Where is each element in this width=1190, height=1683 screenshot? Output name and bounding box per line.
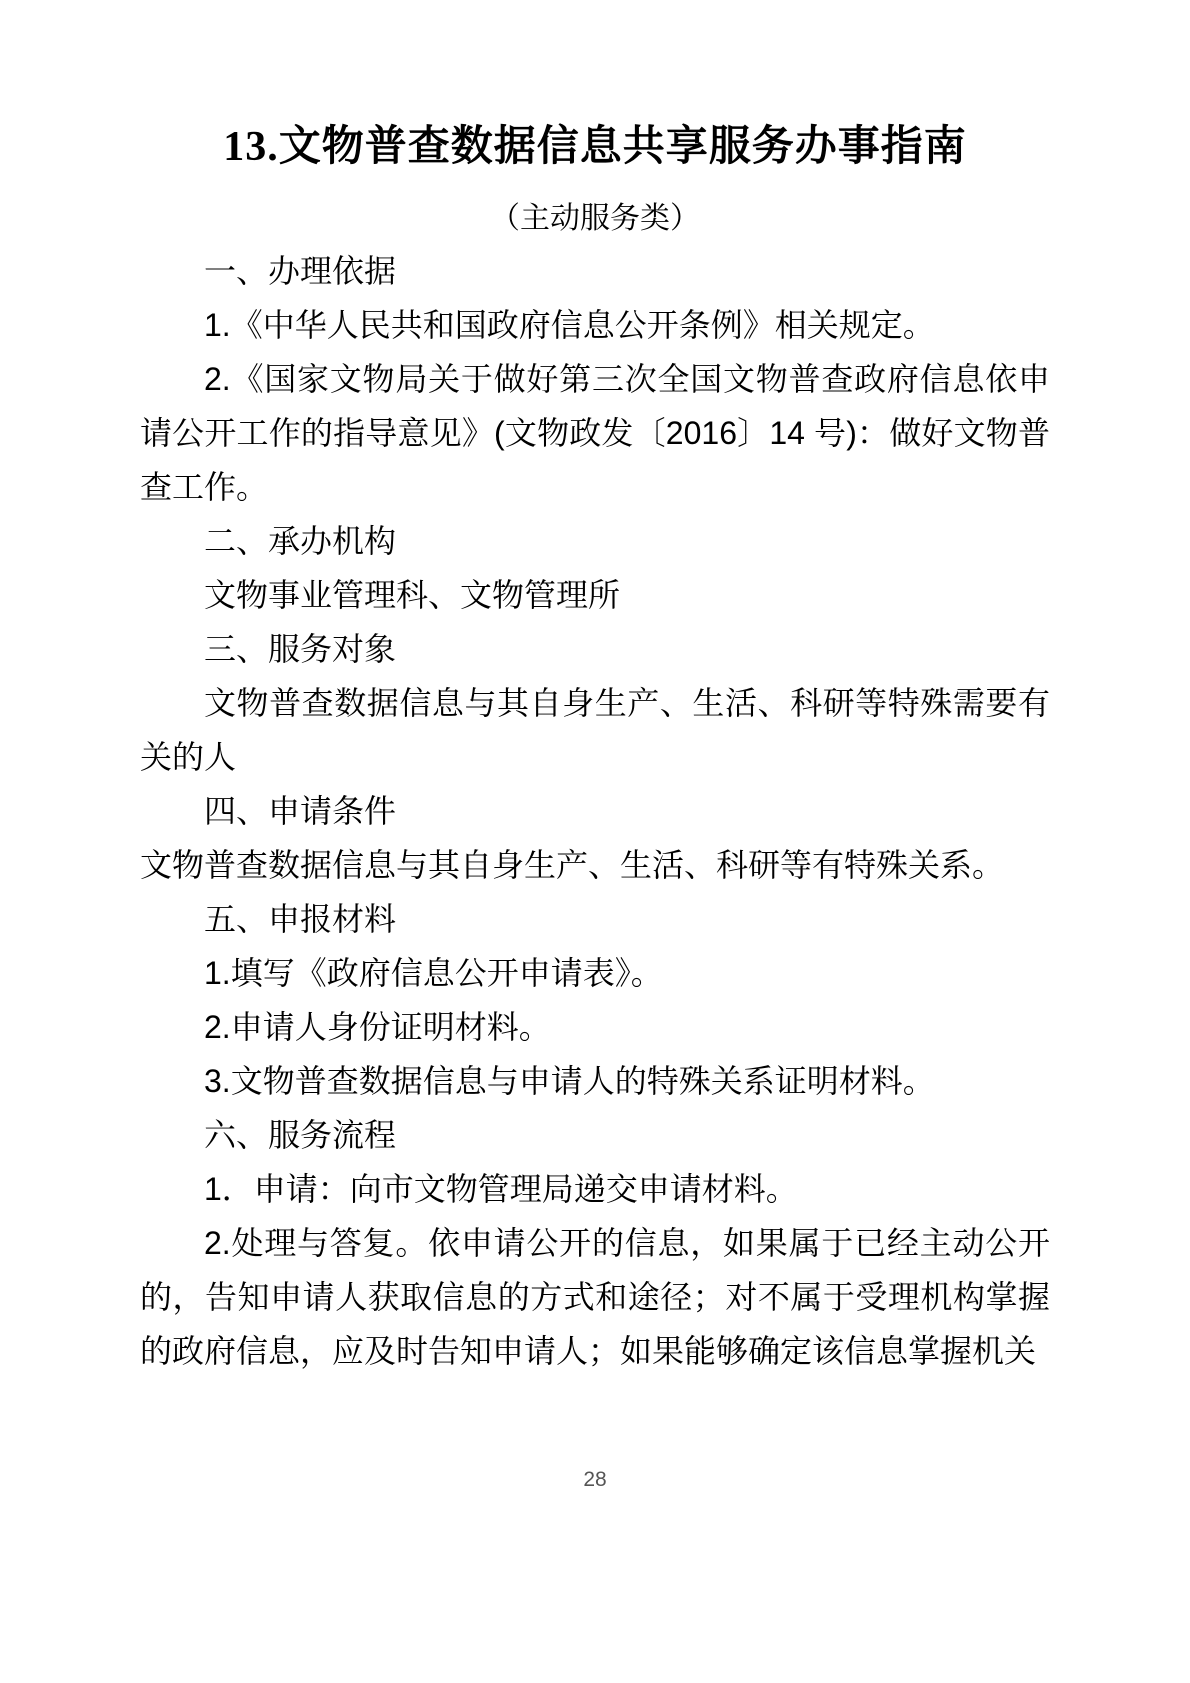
paragraph: 二、承办机构 [140, 514, 1050, 568]
page-title: 13.文物普查数据信息共享服务办事指南 [0, 0, 1190, 178]
paragraph: 六、服务流程 [140, 1108, 1050, 1162]
paragraph: 文物普查数据信息与其自身生产、生活、科研等有特殊关系。 [140, 838, 1050, 892]
paragraph: 五、申报材料 [140, 892, 1050, 946]
paragraph: 一、办理依据 [140, 244, 1050, 298]
paragraph: 1.《中华人民共和国政府信息公开条例》相关规定。 [140, 298, 1050, 352]
paragraph: 2.处理与答复。依申请公开的信息，如果属于已经主动公开的，告知申请人获取信息的方… [140, 1216, 1050, 1378]
paragraph: 1．申请：向市文物管理局递交申请材料。 [140, 1162, 1050, 1216]
paragraph: 3.文物普查数据信息与申请人的特殊关系证明材料。 [140, 1054, 1050, 1108]
paragraph: 三、服务对象 [140, 622, 1050, 676]
paragraph: 2.《国家文物局关于做好第三次全国文物普查政府信息依申请公开工作的指导意见》(文… [140, 352, 1050, 514]
paragraph: 2.申请人身份证明材料。 [140, 1000, 1050, 1054]
paragraph: 文物事业管理科、文物管理所 [140, 568, 1050, 622]
document-body: 一、办理依据1.《中华人民共和国政府信息公开条例》相关规定。2.《国家文物局关于… [140, 244, 1050, 1378]
paragraph: 四、申请条件 [140, 784, 1050, 838]
document-page: 13.文物普查数据信息共享服务办事指南 （主动服务类） 一、办理依据1.《中华人… [0, 0, 1190, 1683]
paragraph: 1.填写《政府信息公开申请表》。 [140, 946, 1050, 1000]
page-subtitle: （主动服务类） [0, 194, 1190, 244]
page-number: 28 [0, 1468, 1190, 1492]
paragraph: 文物普查数据信息与其自身生产、生活、科研等特殊需要有关的人 [140, 676, 1050, 784]
